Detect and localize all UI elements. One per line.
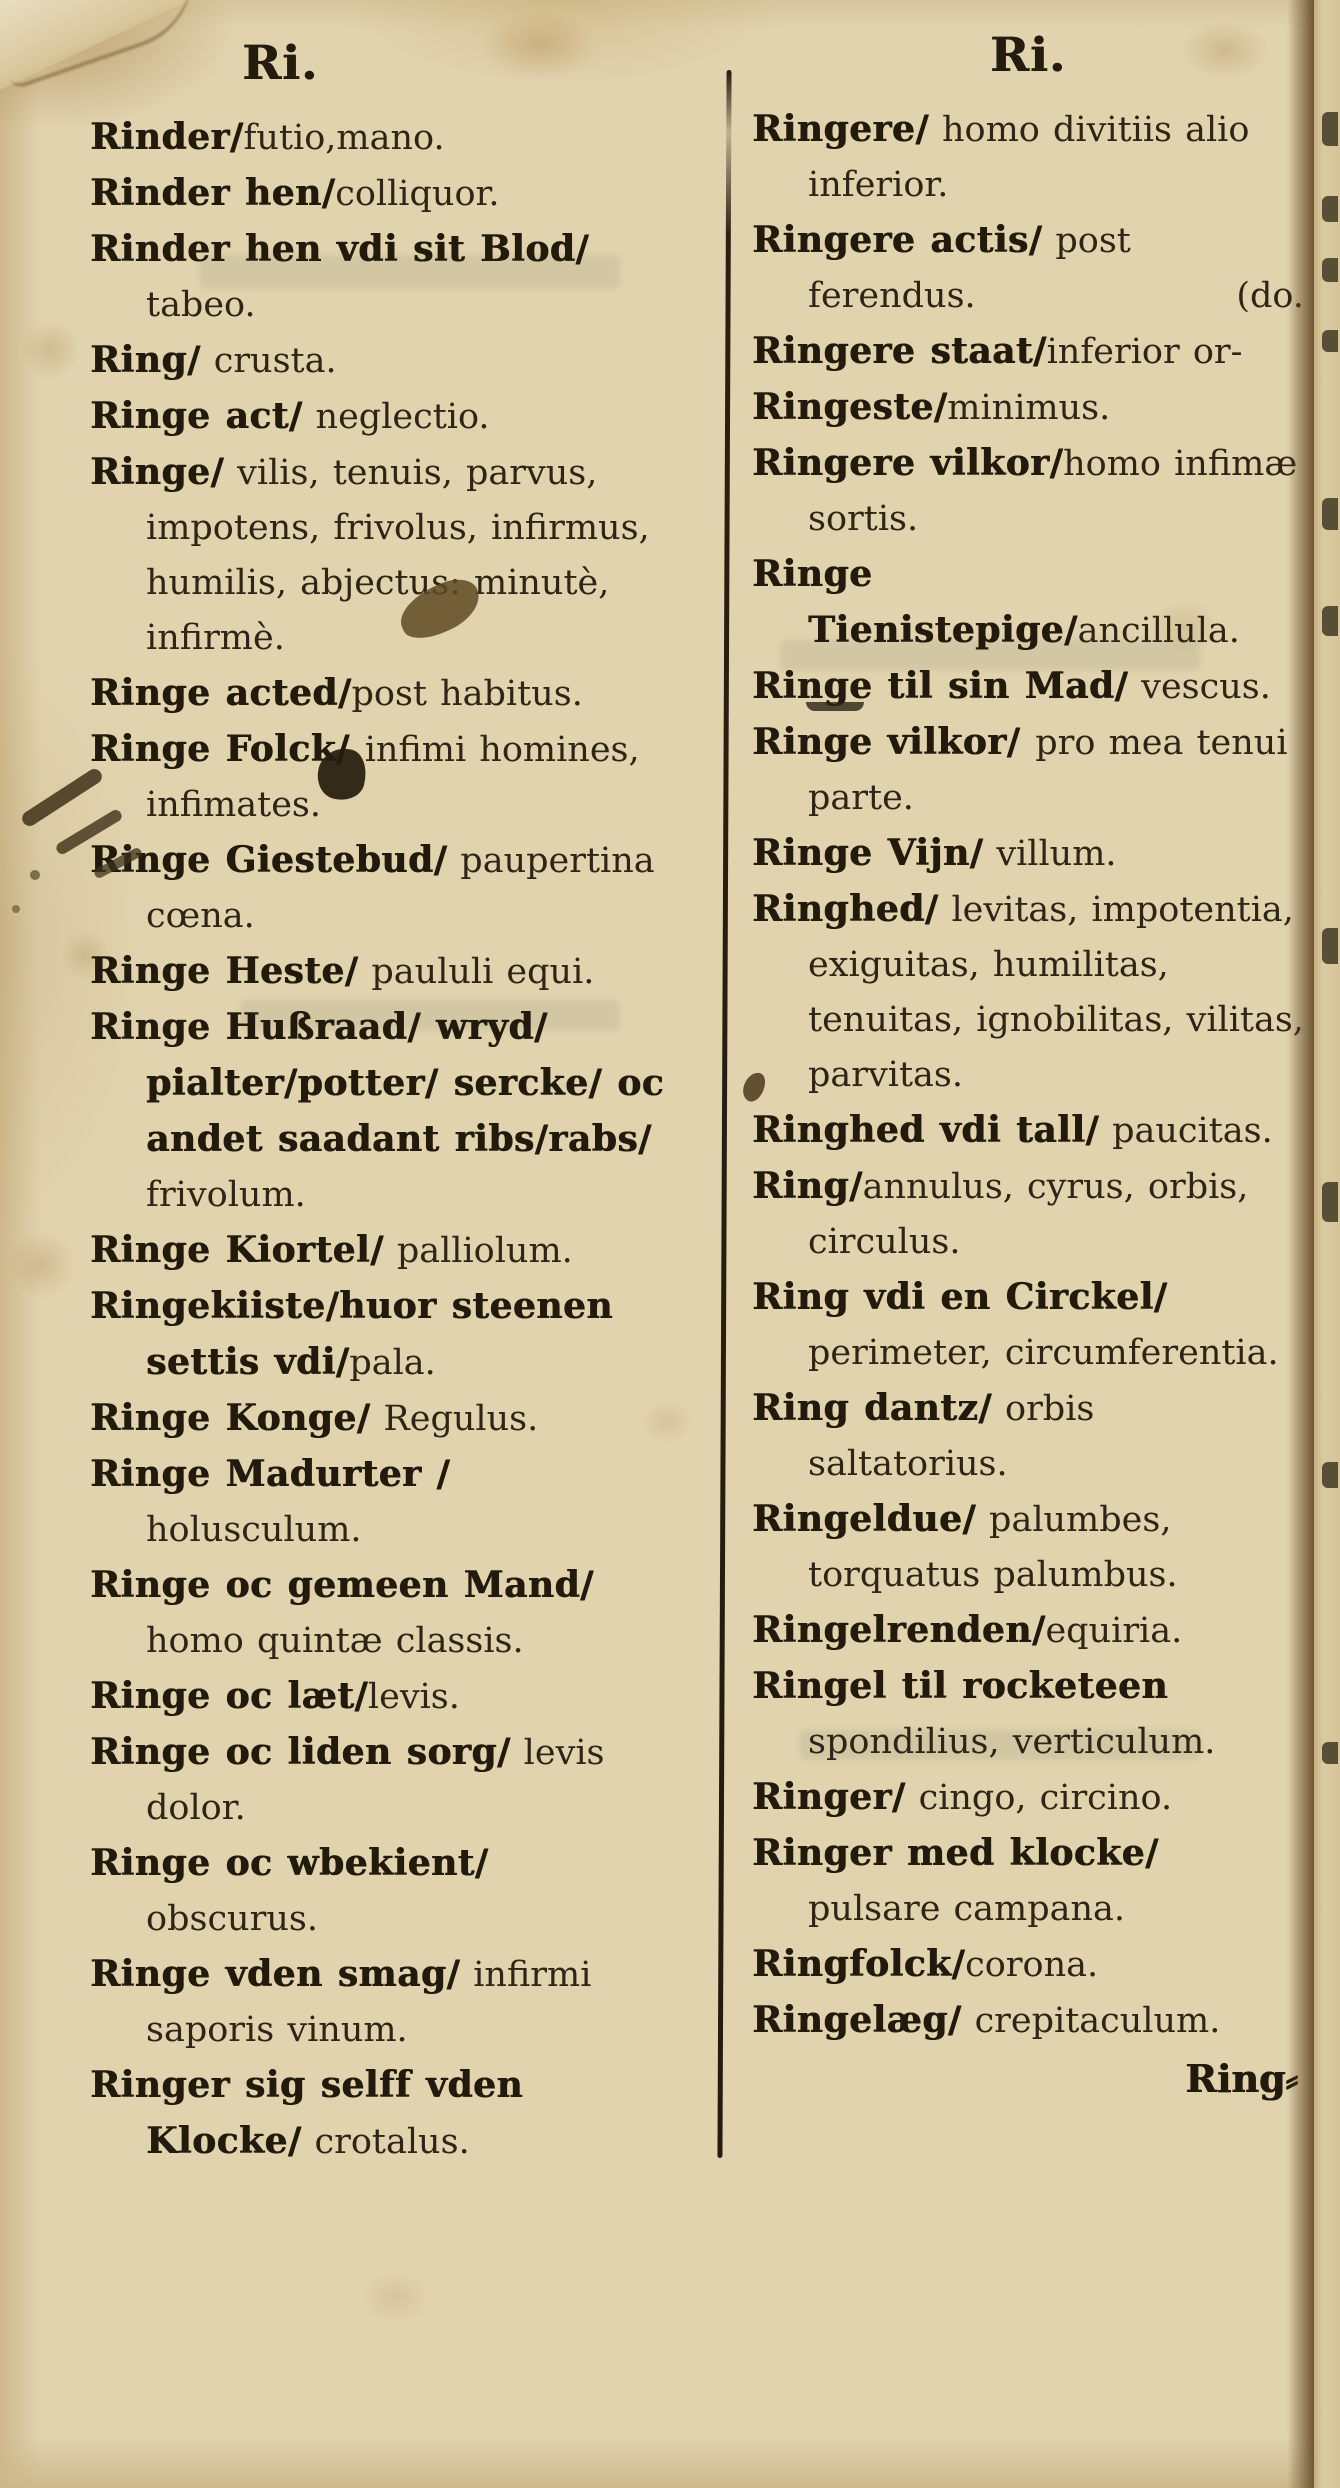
dictionary-entry: Ringe Tienistepige/ancillula. [752, 547, 1304, 659]
entry-headword: Ring dantz/ [752, 1387, 992, 1429]
dictionary-entry: Ringel til rocketeen spondilius, verticu… [752, 1659, 1304, 1770]
entry-translation: crotalus. [301, 2122, 469, 2162]
entry-translation: colliquor. [335, 174, 499, 214]
dictionary-entry: Ring dantz/ orbis saltatorius. [752, 1381, 1304, 1492]
dictionary-entry: Ringelrenden/equiria. [752, 1603, 1304, 1659]
entry-translation: pulsare campana. [808, 1889, 1125, 1929]
entry-headword: Ringe act/ [90, 395, 302, 437]
dictionary-entry: Rinder hen vdi sit Blod/ tabeo. [90, 222, 670, 333]
column-header: Ri. [752, 26, 1304, 86]
page-fragment [1322, 606, 1338, 636]
entry-headword: Ringe oc liden sorg/ [90, 1731, 511, 1773]
entry-translation: crepitaculum. [961, 2001, 1220, 2041]
ink-smudge [12, 905, 20, 913]
gutter-shadow [1288, 0, 1314, 2488]
entry-headword: Ringeste/ [752, 386, 947, 428]
entry-headword: Ringe oc wbekient/ [90, 1842, 488, 1884]
entry-headword: Ringe vilkor/ [752, 721, 1035, 763]
dictionary-entry: Ringe Vijn/ villum. [752, 826, 1304, 882]
entry-translation: perimeter, circumferentia. [808, 1333, 1279, 1373]
foxing-spot [20, 320, 80, 380]
paper-page: Ri. Rinder/futio,mano.Rinder hen/colliqu… [0, 0, 1340, 2488]
entry-translation: pala. [349, 1343, 435, 1383]
dictionary-entry: Ringekiiste/huor steenen settis vdi/pala… [90, 1279, 670, 1391]
dictionary-entry: Ringe Hußraad/ wryd/ pialter/potter/ ser… [90, 1000, 670, 1223]
entry-translation: obscurus. [146, 1899, 318, 1939]
dictionary-entry: Ringere/ homo divitiis alio inferior. [752, 102, 1304, 213]
dictionary-entry: Ringhed vdi tall/ paucitas. [752, 1103, 1304, 1159]
dictionary-entry: Ringe vden smag/ infirmi saporis vinum. [90, 1947, 670, 2058]
page-fragment [1322, 112, 1338, 146]
page-fragment [1322, 1462, 1338, 1488]
entry-headword: Ringe/ [90, 451, 224, 493]
entry-translation: frivolum. [146, 1175, 306, 1215]
entry-headword: Ringer/ [752, 1776, 905, 1818]
entry-headword: Ringelrenden/ [752, 1609, 1045, 1651]
entry-headword: Ring/ [752, 1165, 863, 1207]
entry-translation: minimus. [947, 388, 1110, 428]
page-fragment [1322, 258, 1338, 282]
dictionary-entry: Ringer med klocke/ pulsare campana. [752, 1826, 1304, 1937]
entry-headword: Ringe acted/ [90, 672, 351, 714]
entry-headword: Ringhed vdi tall/ [752, 1109, 1099, 1151]
entry-translation: Regulus. [370, 1399, 538, 1439]
entry-headword: Ringfolck/ [752, 1943, 965, 1985]
page-fragment [1322, 330, 1338, 352]
entry-translation: crusta. [201, 341, 337, 381]
dictionary-entry: Ringe act/ neglectio. [90, 389, 670, 445]
entry-headword: Ringer med klocke/ [752, 1832, 1159, 1874]
ink-smudge [30, 870, 40, 880]
dictionary-entry: Ringhed/ levitas, impotentia, exiguitas,… [752, 882, 1304, 1103]
dictionary-entry: Ringe vilkor/ pro mea tenui parte. [752, 715, 1304, 826]
entry-headword: Ringel til rocketeen [752, 1665, 1168, 1707]
entry-translation: palliolum. [384, 1231, 573, 1271]
dictionary-entry: Ringe Giestebud/ paupertina cœna. [90, 833, 670, 944]
column-divider-rule [717, 70, 731, 2158]
entry-headword: Ringe Madurter / [90, 1453, 450, 1495]
dictionary-entry: Ringfolck/corona. [752, 1937, 1304, 1993]
entry-headword: Ring vdi en Circkel/ [752, 1276, 1167, 1318]
entry-headword: Ringe Vijn/ [752, 832, 983, 874]
entry-headword: Ringe Folck/ [90, 728, 365, 770]
dictionary-entry: Ringe Heste/ paululi equi. [90, 944, 670, 1000]
entry-translation: holusculum. [146, 1510, 362, 1550]
entry-headword: Rinder hen/ [90, 172, 335, 214]
dictionary-entry: Ringer sig selff vden Klocke/ crotalus. [90, 2058, 670, 2170]
entry-headword: Rinder hen vdi sit Blod/ [90, 228, 589, 270]
entry-headword: Rinder/ [90, 116, 243, 158]
foxing-spot [360, 2270, 430, 2324]
entry-headword: Ringe Tienistepige/ [752, 553, 1078, 651]
dictionary-entry: Ringere staat/inferior or- [752, 324, 1304, 380]
entry-headword: Ringe vden smag/ [90, 1953, 460, 1995]
dictionary-entry: Ringer/ cingo, circino. [752, 1770, 1304, 1826]
entry-translation: cingo, circino. [905, 1778, 1172, 1818]
entry-translation: post habitus. [351, 674, 582, 714]
dictionary-entry: Ringe oc læt/levis. [90, 1669, 670, 1725]
entry-headword: Ringe Kiortel/ [90, 1229, 384, 1271]
dictionary-entry: Ringeldue/ palumbes, torquatus palumbus. [752, 1492, 1304, 1603]
entry-headword: Ringere vilkor/ [752, 442, 1063, 484]
entry-translation: spondilius, verticulum. [808, 1722, 1215, 1762]
dictionary-entry: Rinder/futio,mano. [90, 110, 670, 166]
dictionary-entry: Ring vdi en Circkel/ perimeter, circumfe… [752, 1270, 1304, 1381]
entry-headword: Ringelæg/ [752, 1999, 961, 2041]
entry-translation: paucitas. [1099, 1111, 1273, 1151]
entry-headword: Ringhed/ [752, 888, 938, 930]
page-fragment [1322, 196, 1338, 222]
entry-headword: Ringe til sin Mad/ [752, 665, 1128, 707]
entry-translation: vescus. [1128, 667, 1271, 707]
dictionary-entry: Ringe acted/post habitus. [90, 666, 670, 722]
page-fragment [1322, 1742, 1338, 1764]
dictionary-entry: Ringe oc wbekient/ obscurus. [90, 1836, 670, 1947]
entry-translation: levis. [368, 1677, 460, 1717]
right-column: Ri. Ringere/ homo divitiis alio inferior… [752, 26, 1304, 2109]
entry-headword: Ringere actis/ [752, 219, 1042, 261]
dictionary-entry: Ringelæg/ crepitaculum. [752, 1993, 1304, 2049]
entry-translation: villum. [983, 834, 1116, 874]
entry-translation: inferior or- [1047, 332, 1243, 372]
entry-headword: Ringere/ [752, 108, 929, 150]
dictionary-entry: Ringere actis/ post ferendus.(do. [752, 213, 1304, 324]
dictionary-entry: Ring/ crusta. [90, 333, 670, 389]
dictionary-entry: Ringe til sin Mad/ vescus. [752, 659, 1304, 715]
entry-headword: Ringe Heste/ [90, 950, 358, 992]
entry-headword: Ringe oc gemeen Mand/ [90, 1564, 594, 1606]
entry-translation: ancillula. [1078, 611, 1240, 651]
entry-headword: Ringe Giestebud/ [90, 839, 447, 881]
page-fragment [1322, 928, 1338, 964]
foxing-spot [6, 1230, 76, 1300]
next-page-edge [1314, 0, 1340, 2488]
dictionary-entry: Ringe Madurter / holusculum. [90, 1447, 670, 1558]
dictionary-entry: Ringe oc liden sorg/ levis dolor. [90, 1725, 670, 1836]
entry-translation: paululi equi. [358, 952, 594, 992]
dictionary-entry: Ringe Folck/ infimi homines, infimates. [90, 722, 670, 833]
dictionary-entry: Ringeste/minimus. [752, 380, 1304, 436]
entry-headword: Ringere staat/ [752, 330, 1047, 372]
column-header: Ri. [242, 34, 670, 94]
entry-headword: Ringeldue/ [752, 1498, 976, 1540]
entry-headword: Ring/ [90, 339, 201, 381]
entries-list: Rinder/futio,mano.Rinder hen/colliquor.R… [90, 110, 670, 2170]
dictionary-entry: Ringe Konge/ Regulus. [90, 1391, 670, 1447]
entry-translation: annulus, cyrus, orbis, circulus. [808, 1167, 1248, 1262]
entry-translation: homo quintæ classis. [146, 1621, 524, 1661]
entry-headword: Ringe oc læt/ [90, 1675, 368, 1717]
entry-translation: futio,mano. [243, 118, 444, 158]
entries-list: Ringere/ homo divitiis alio inferior.Rin… [752, 102, 1304, 2049]
dictionary-entry: Rinder hen/colliquor. [90, 166, 670, 222]
entry-translation: neglectio. [302, 397, 489, 437]
dictionary-entry: Ringe oc gemeen Mand/ homo quintæ classi… [90, 1558, 670, 1669]
entry-translation: equiria. [1045, 1611, 1182, 1651]
dictionary-entry: Ringe Kiortel/ palliolum. [90, 1223, 670, 1279]
dictionary-entry: Ring/annulus, cyrus, orbis, circulus. [752, 1159, 1304, 1270]
dictionary-entry: Ringere vilkor/homo infimæ sortis. [752, 436, 1304, 547]
entry-headword: Ringe Konge/ [90, 1397, 370, 1439]
entry-headword: Ringe Hußraad/ wryd/ pialter/potter/ ser… [90, 1006, 664, 1160]
catchword: Ring⸗ [752, 2049, 1304, 2109]
page-fragment [1322, 498, 1338, 530]
entry-translation: tabeo. [146, 285, 256, 325]
page-fragment [1322, 1182, 1338, 1222]
entry-translation: corona. [965, 1945, 1098, 1985]
left-column: Ri. Rinder/futio,mano.Rinder hen/colliqu… [90, 34, 670, 2170]
dictionary-entry: Ringe/ vilis, tenuis, parvus, impotens, … [90, 445, 670, 666]
